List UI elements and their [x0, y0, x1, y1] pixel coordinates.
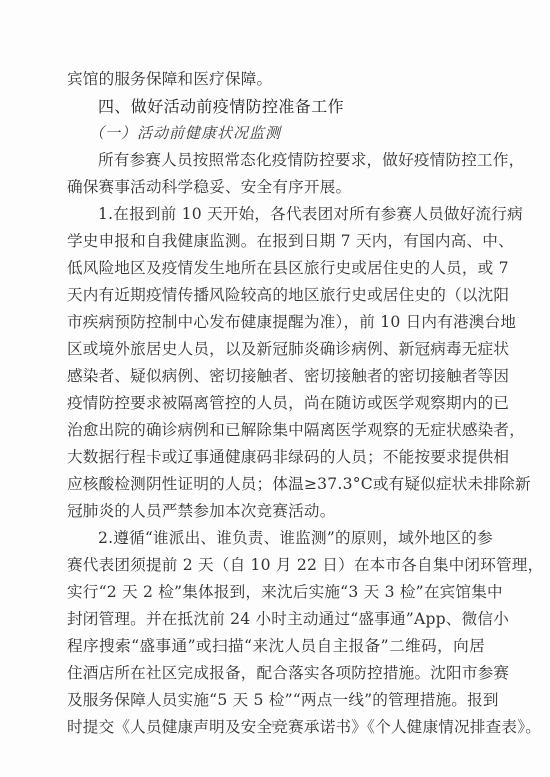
paragraph-line: 住酒店所在社区完成报备，配合落实各项防控措施。沈阳市参赛: [67, 660, 485, 687]
paragraph-line: 应核酸检测阴性证明的人员；体温≥37.3°C或有疑似症状未排除新: [67, 471, 485, 498]
paragraph-line: 及服务保障人员实施“5 天 5 检”“两点一线”的管理措施。报到: [67, 687, 485, 714]
document-page: 宾馆的服务保障和医疗保障。 四、做好活动前疫情防控准备工作 （一）活动前健康状况…: [0, 0, 550, 777]
page-number: 11: [265, 719, 285, 729]
paragraph-line: 宾馆的服务保障和医疗保障。: [67, 66, 485, 93]
section-heading: 四、做好活动前疫情防控准备工作: [67, 93, 485, 120]
paragraph-line: 确保赛事活动科学稳妥、安全有序开展。: [67, 174, 485, 201]
paragraph-line: 2.遵循“谁派出、谁负责、谁监测”的原则，域外地区的参: [67, 525, 485, 552]
paragraph-line: 大数据行程卡或辽事通健康码非绿码的人员；不能按要求提供相: [67, 444, 485, 471]
paragraph-line: 封闭管理。并在抵沈前 24 小时主动通过“盛事通”App、微信小: [67, 606, 485, 633]
paragraph-line: 感染者、疑似病例、密切接触者、密切接触者的密切接触者等因: [67, 363, 485, 390]
paragraph-line: 区或境外旅居史人员，以及新冠肺炎确诊病例、新冠病毒无症状: [67, 336, 485, 363]
paragraph-line: 程序搜索“盛事通”或扫描“来沈人员自主报备”二维码，向居: [67, 633, 485, 660]
paragraph-line: 冠肺炎的人员严禁参加本次竞赛活动。: [67, 498, 485, 525]
paragraph-line: 疫情防控要求被隔离管控的人员，尚在随访或医学观察期内的已: [67, 390, 485, 417]
paragraph-line: 低风险地区及疫情发生地所在县区旅行史或居住史的人员，或 7: [67, 255, 485, 282]
document-body: 宾馆的服务保障和医疗保障。 四、做好活动前疫情防控准备工作 （一）活动前健康状况…: [67, 66, 485, 741]
paragraph-line: 市疾病预防控制中心发布健康提醒为准），前 10 日内有港澳台地: [67, 309, 485, 336]
paragraph-line: 赛代表团须提前 2 天（自 10 月 22 日）在本市各自集中闭环管理，: [67, 552, 485, 579]
paragraph-line: 实行“2 天 2 检”集体报到，来沈后实施“3 天 3 检”在宾馆集中: [67, 579, 485, 606]
paragraph-line: 所有参赛人员按照常态化疫情防控要求，做好疫情防控工作，: [67, 147, 485, 174]
paragraph-line: 学史申报和自我健康监测。在报到日期 7 天内，有国内高、中、: [67, 228, 485, 255]
subsection-heading: （一）活动前健康状况监测: [67, 120, 485, 147]
paragraph-line: 治愈出院的确诊病例和已解除集中隔离医学观察的无症状感染者，: [67, 417, 485, 444]
paragraph-line: 1.在报到前 10 天开始，各代表团对所有参赛人员做好流行病: [67, 201, 485, 228]
paragraph-line: 天内有近期疫情传播风险较高的地区旅行史或居住史的（以沈阳: [67, 282, 485, 309]
